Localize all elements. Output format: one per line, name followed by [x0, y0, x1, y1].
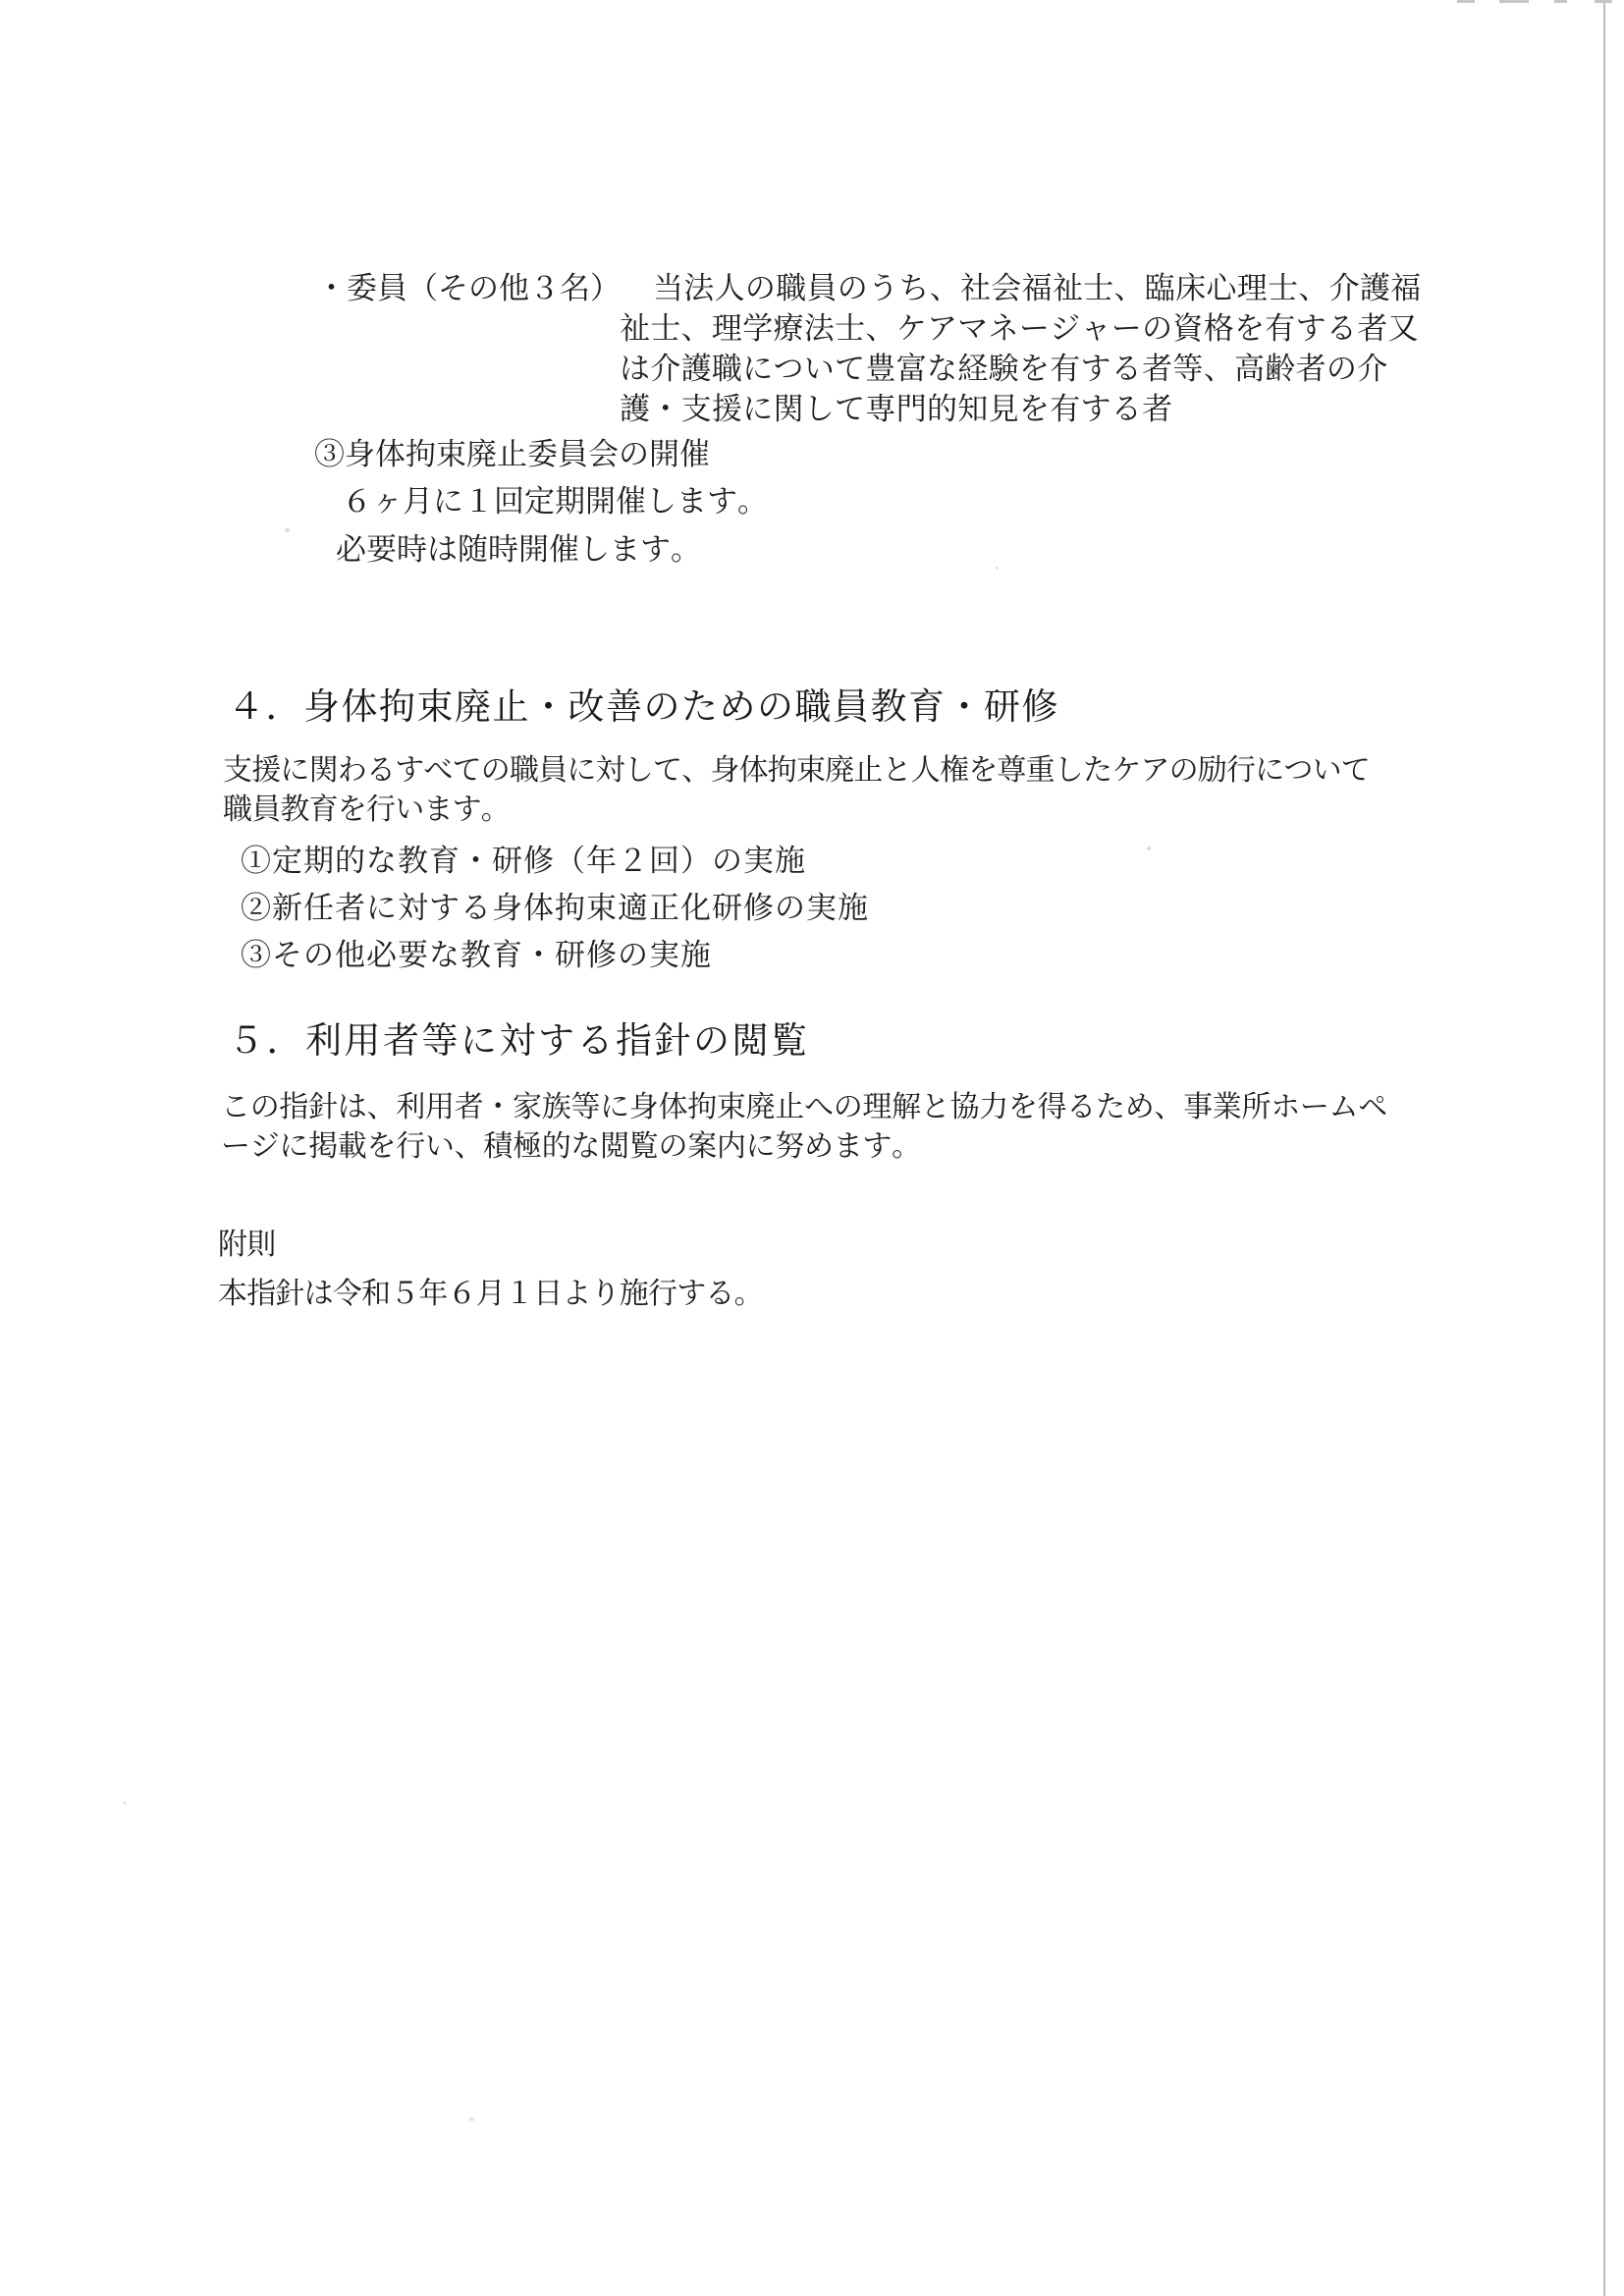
scan-artifact-dash [1457, 0, 1475, 3]
scan-speck [1147, 847, 1151, 850]
committee-desc-line: 護・支援に関して専門的知見を有する者 [620, 393, 1172, 426]
scan-edge-line [1603, 0, 1605, 2296]
section4-body-line: 職員教育を行います。 [223, 793, 510, 826]
item3-line: 必要時は随時開催します。 [336, 533, 701, 567]
scan-speck [285, 528, 290, 532]
section4-item: ③その他必要な教育・研修の実施 [241, 939, 712, 972]
item3-heading: ③身体拘束廃止委員会の開催 [314, 438, 710, 471]
scan-speck [123, 1801, 127, 1805]
section5-body-line: この指針は、利用者・家族等に身体拘束廃止への理解と協力を得るため、事業所ホームペ [221, 1091, 1387, 1123]
supplement-body: 本指針は令和５年６月１日より施行する。 [218, 1278, 763, 1310]
section5-body-line: ージに掲載を行い、積極的な閲覧の案内に努めます。 [221, 1130, 921, 1163]
section4-body-line: 支援に関わるすべての職員に対して、身体拘束廃止と人権を尊重したケアの励行について [223, 754, 1370, 787]
scanned-document-page: ・委員（その他３名） 当法人の職員のうち、社会福祉士、臨床心理士、介護福 祉士、… [0, 0, 1624, 2296]
item3-line: ６ヶ月に１回定期開催します。 [342, 485, 768, 519]
scan-artifact-dash [1595, 0, 1612, 3]
section4-item: ②新任者に対する身体拘束適正化研修の実施 [241, 892, 869, 925]
committee-desc-line: 当法人の職員のうち、社会福祉士、臨床心理士、介護福 [653, 272, 1422, 305]
section4-item: ①定期的な教育・研修（年２回）の実施 [241, 845, 806, 878]
scan-artifact-dash [1554, 0, 1567, 3]
scan-speck [469, 2117, 474, 2121]
scan-artifact-dash [1499, 0, 1529, 3]
section4-heading: ４．身体拘束廃止・改善のための職員教育・研修 [228, 688, 1059, 729]
supplement-label: 附則 [218, 1229, 275, 1261]
scan-speck [996, 567, 999, 570]
section5-heading: ５．利用者等に対する指針の閲覧 [228, 1022, 810, 1063]
committee-desc-line: 祉士、理学療法士、ケアマネージャーの資格を有する者又 [620, 312, 1419, 346]
committee-term-label: ・委員（その他３名） [316, 272, 621, 305]
committee-desc-line: は介護職について豊富な経験を有する者等、高齢者の介 [620, 353, 1388, 386]
